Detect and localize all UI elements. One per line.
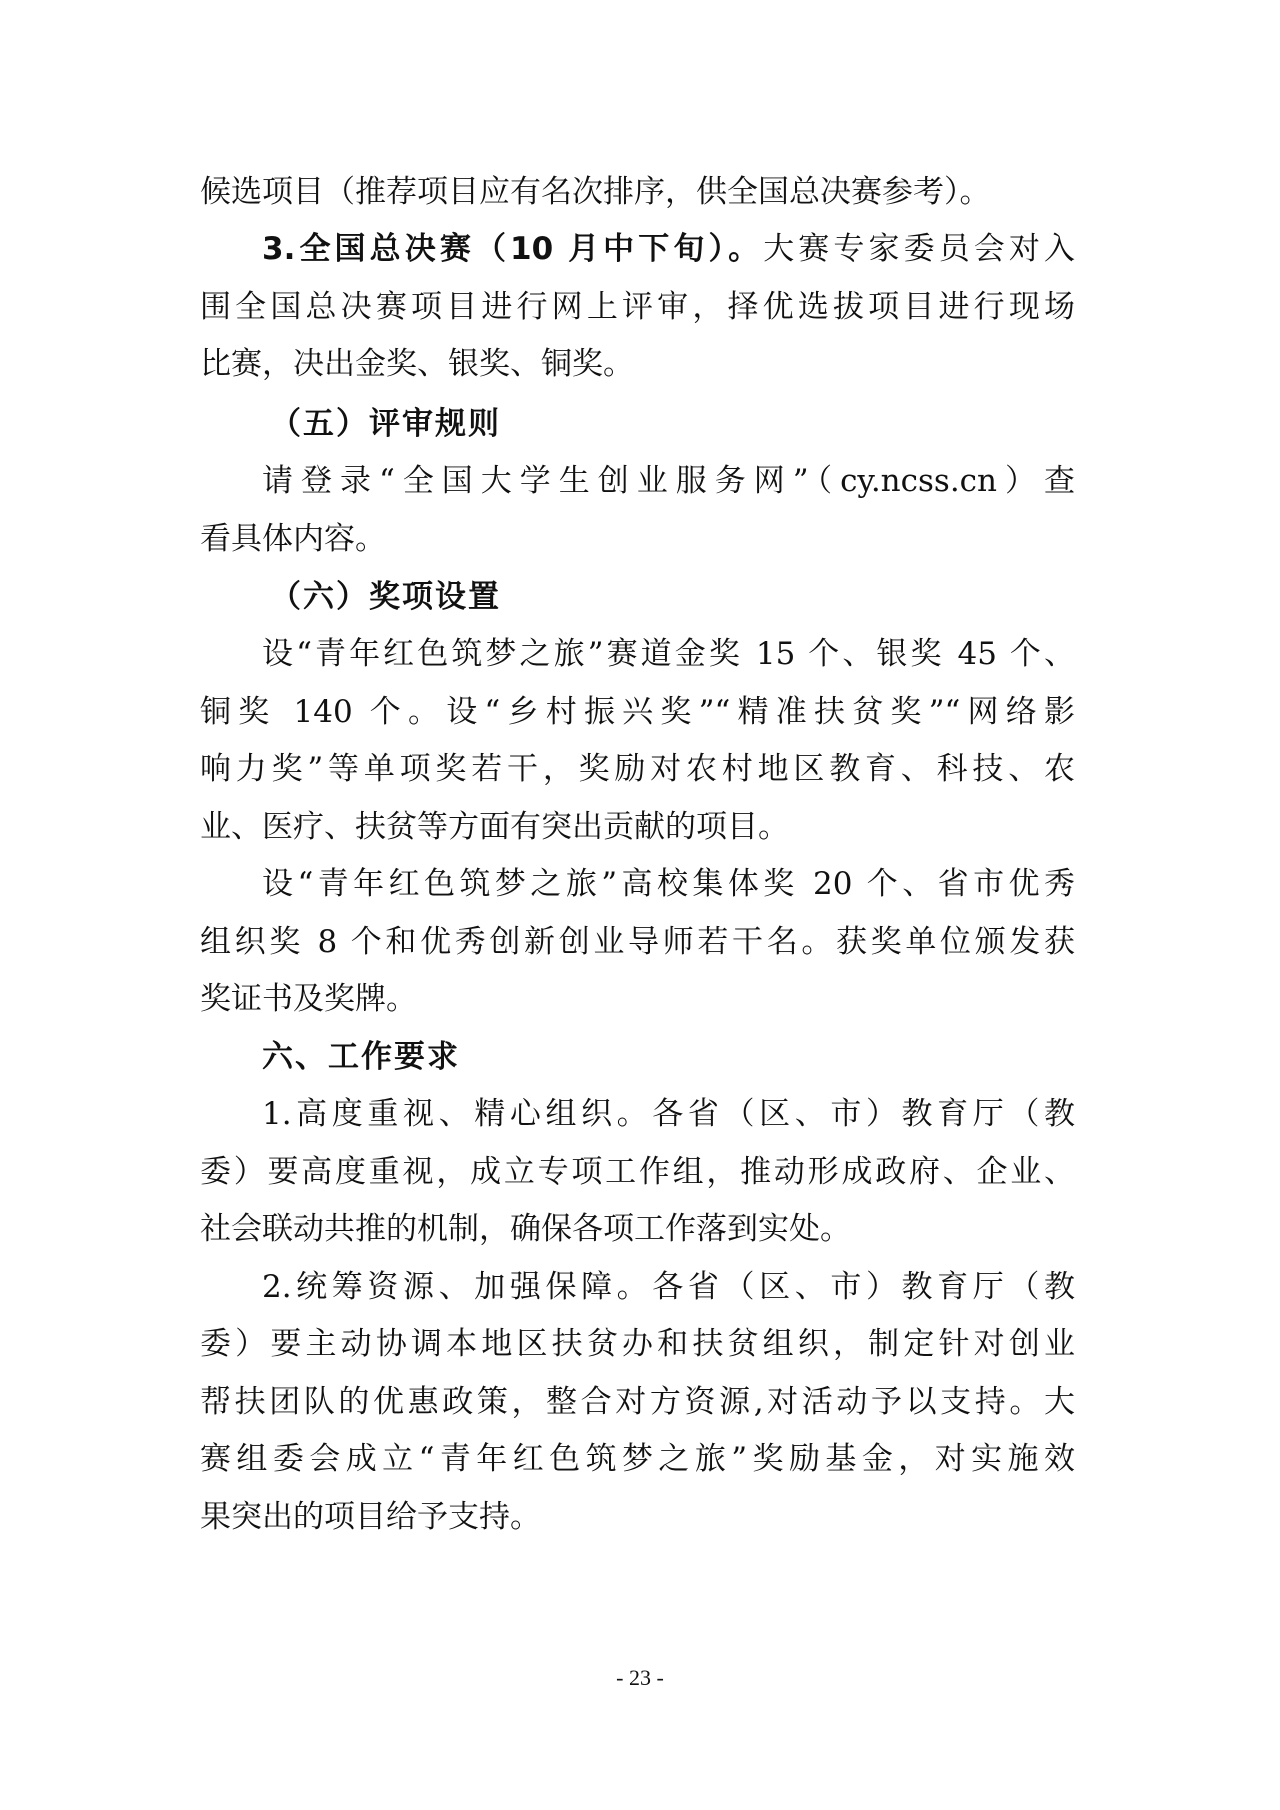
paragraph-line: 候选项目（推荐项目应有名次排序，供全国总决赛参考）。 xyxy=(200,167,1075,217)
paragraph-line: 2.统筹资源、加强保障。各省（区、市）教育厅（教 xyxy=(262,1262,1075,1312)
paragraph-line: 社会联动共推的机制，确保各项工作落到实处。 xyxy=(200,1204,1075,1254)
paragraph-line: 帮扶团队的优惠政策，整合对方资源,对活动予以支持。大 xyxy=(200,1377,1075,1427)
paragraph-line: 1.高度重视、精心组织。各省（区、市）教育厅（教 xyxy=(262,1089,1075,1139)
item-heading-national-finals: 3.全国总决赛（10 月中下旬）。 xyxy=(262,231,763,267)
paragraph-line: 铜奖 140 个。设“乡村振兴奖”“精准扶贫奖”“网络影 xyxy=(200,687,1075,737)
paragraph-line: 3.全国总决赛（10 月中下旬）。大赛专家委员会对入 xyxy=(262,224,1075,274)
section-heading-awards: （六）奖项设置 xyxy=(270,572,1075,622)
paragraph-line: 请登录“全国大学生创业服务网”（cy.ncss.cn）查 xyxy=(262,456,1075,506)
paragraph-line: 响力奖”等单项奖若干，奖励对农村地区教育、科技、农 xyxy=(200,744,1075,794)
paragraph-line: 业、医疗、扶贫等方面有突出贡献的项目。 xyxy=(200,802,1075,852)
paragraph-line: 赛组委会成立“青年红色筑梦之旅”奖励基金，对实施效 xyxy=(200,1434,1075,1484)
section-heading-work-requirements: 六、工作要求 xyxy=(262,1032,1075,1082)
paragraph-line: 设“青年红色筑梦之旅”高校集体奖 20 个、省市优秀 xyxy=(262,859,1075,909)
section-heading-review-rules: （五）评审规则 xyxy=(270,399,1075,449)
paragraph-line: 比赛，决出金奖、银奖、铜奖。 xyxy=(200,339,1075,389)
paragraph-line: 组织奖 8 个和优秀创新创业导师若干名。获奖单位颁发获 xyxy=(200,917,1075,967)
paragraph-line: 看具体内容。 xyxy=(200,514,1075,564)
paragraph-line: 设“青年红色筑梦之旅”赛道金奖 15 个、银奖 45 个、 xyxy=(262,629,1075,679)
paragraph-line: 果突出的项目给予支持。 xyxy=(200,1492,1075,1542)
paragraph-line: 委）要主动协调本地区扶贫办和扶贫组织，制定针对创业 xyxy=(200,1319,1075,1369)
document-page: 候选项目（推荐项目应有名次排序，供全国总决赛参考）。 3.全国总决赛（10 月中… xyxy=(0,0,1280,1810)
page-number: - 23 - xyxy=(0,1663,1280,1693)
paragraph-line: 奖证书及奖牌。 xyxy=(200,974,1075,1024)
paragraph-line: 委）要高度重视，成立专项工作组，推动形成政府、企业、 xyxy=(200,1147,1075,1197)
paragraph-text: 大赛专家委员会对入 xyxy=(763,231,1075,267)
paragraph-line: 围全国总决赛项目进行网上评审，择优选拔项目进行现场 xyxy=(200,282,1075,332)
